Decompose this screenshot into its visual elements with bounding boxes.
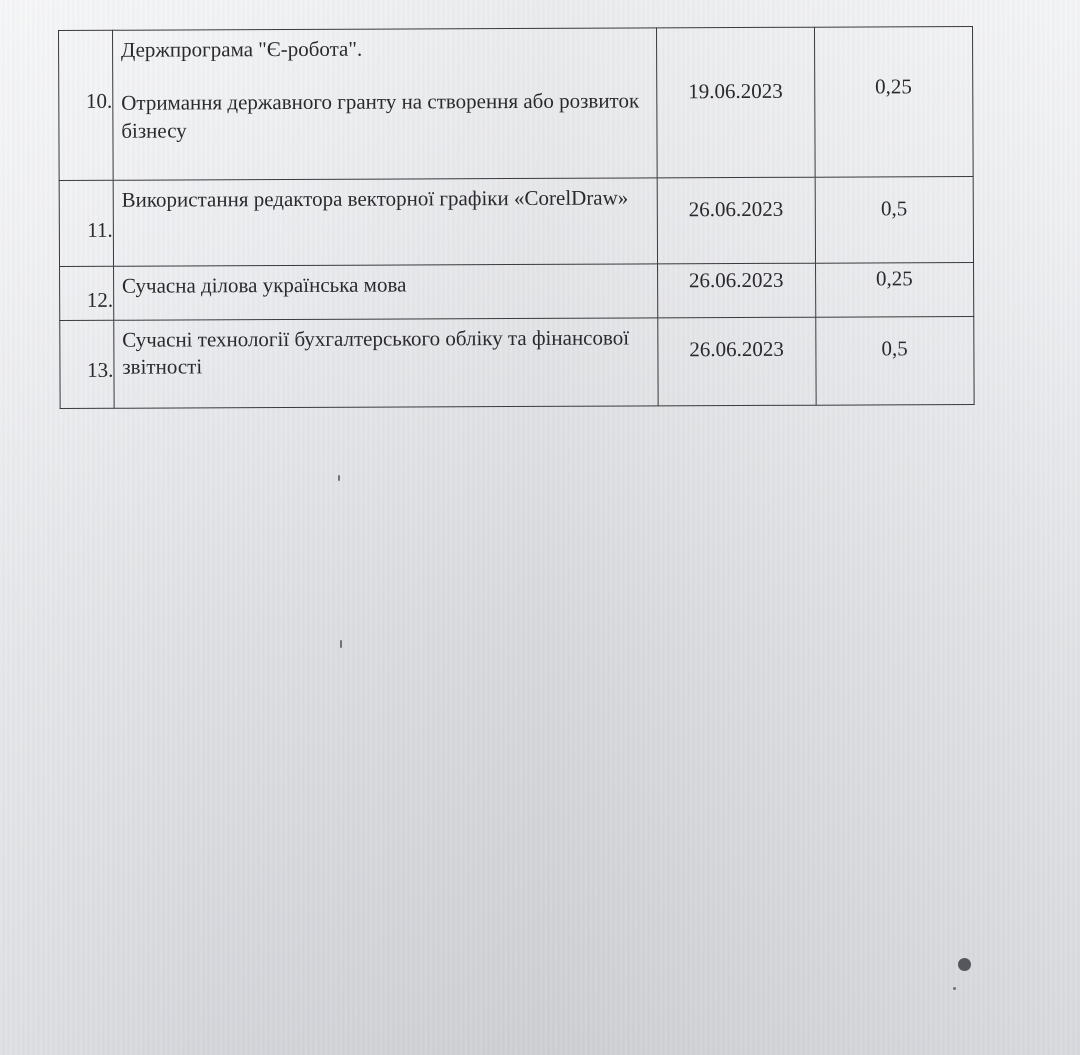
hours-cell: 0,25	[815, 263, 974, 318]
date-cell: 26.06.2023	[657, 177, 815, 264]
spacer	[121, 62, 648, 90]
course-title-heading: Держпрограма "Є-робота".	[121, 34, 648, 64]
date-cell: 26.06.2023	[657, 263, 815, 318]
date-cell: 26.06.2023	[658, 317, 816, 406]
table-row: 13. Сучасні технології бухгалтерського о…	[60, 317, 974, 409]
row-number: 13.	[87, 357, 113, 384]
ink-speck	[953, 987, 956, 990]
table-row: 11. Використання редактора векторної гра…	[59, 177, 973, 267]
row-number-cell: 13.	[60, 320, 114, 408]
row-number: 12.	[87, 287, 113, 314]
course-title: Отримання державного гранту на створення…	[121, 88, 648, 145]
course-title-cell: Держпрограма "Є-робота". Отримання держа…	[112, 28, 657, 180]
table-row: 12. Сучасна ділова українська мова 26.06…	[60, 263, 974, 321]
courses-table: 10. Держпрограма "Є-робота". Отримання д…	[58, 26, 975, 409]
ink-spot	[958, 958, 971, 971]
hours-cell: 0,25	[814, 27, 973, 178]
date-cell: 19.06.2023	[656, 27, 814, 178]
ink-speck	[338, 475, 340, 481]
course-title: Сучасна ділова українська мова	[113, 264, 657, 320]
hours-cell: 0,5	[815, 317, 974, 406]
row-number-cell: 12.	[60, 266, 114, 320]
course-title: Сучасні технології бухгалтерського облік…	[114, 318, 658, 408]
course-title: Використання редактора векторної графіки…	[113, 178, 657, 266]
row-number-cell: 10.	[59, 30, 114, 180]
table-row: 10. Держпрограма "Є-робота". Отримання д…	[59, 27, 974, 181]
row-number: 11.	[87, 217, 113, 244]
hours-cell: 0,5	[815, 177, 974, 264]
ink-speck	[340, 640, 342, 648]
row-number: 10.	[86, 88, 112, 115]
row-number-cell: 11.	[59, 180, 113, 266]
